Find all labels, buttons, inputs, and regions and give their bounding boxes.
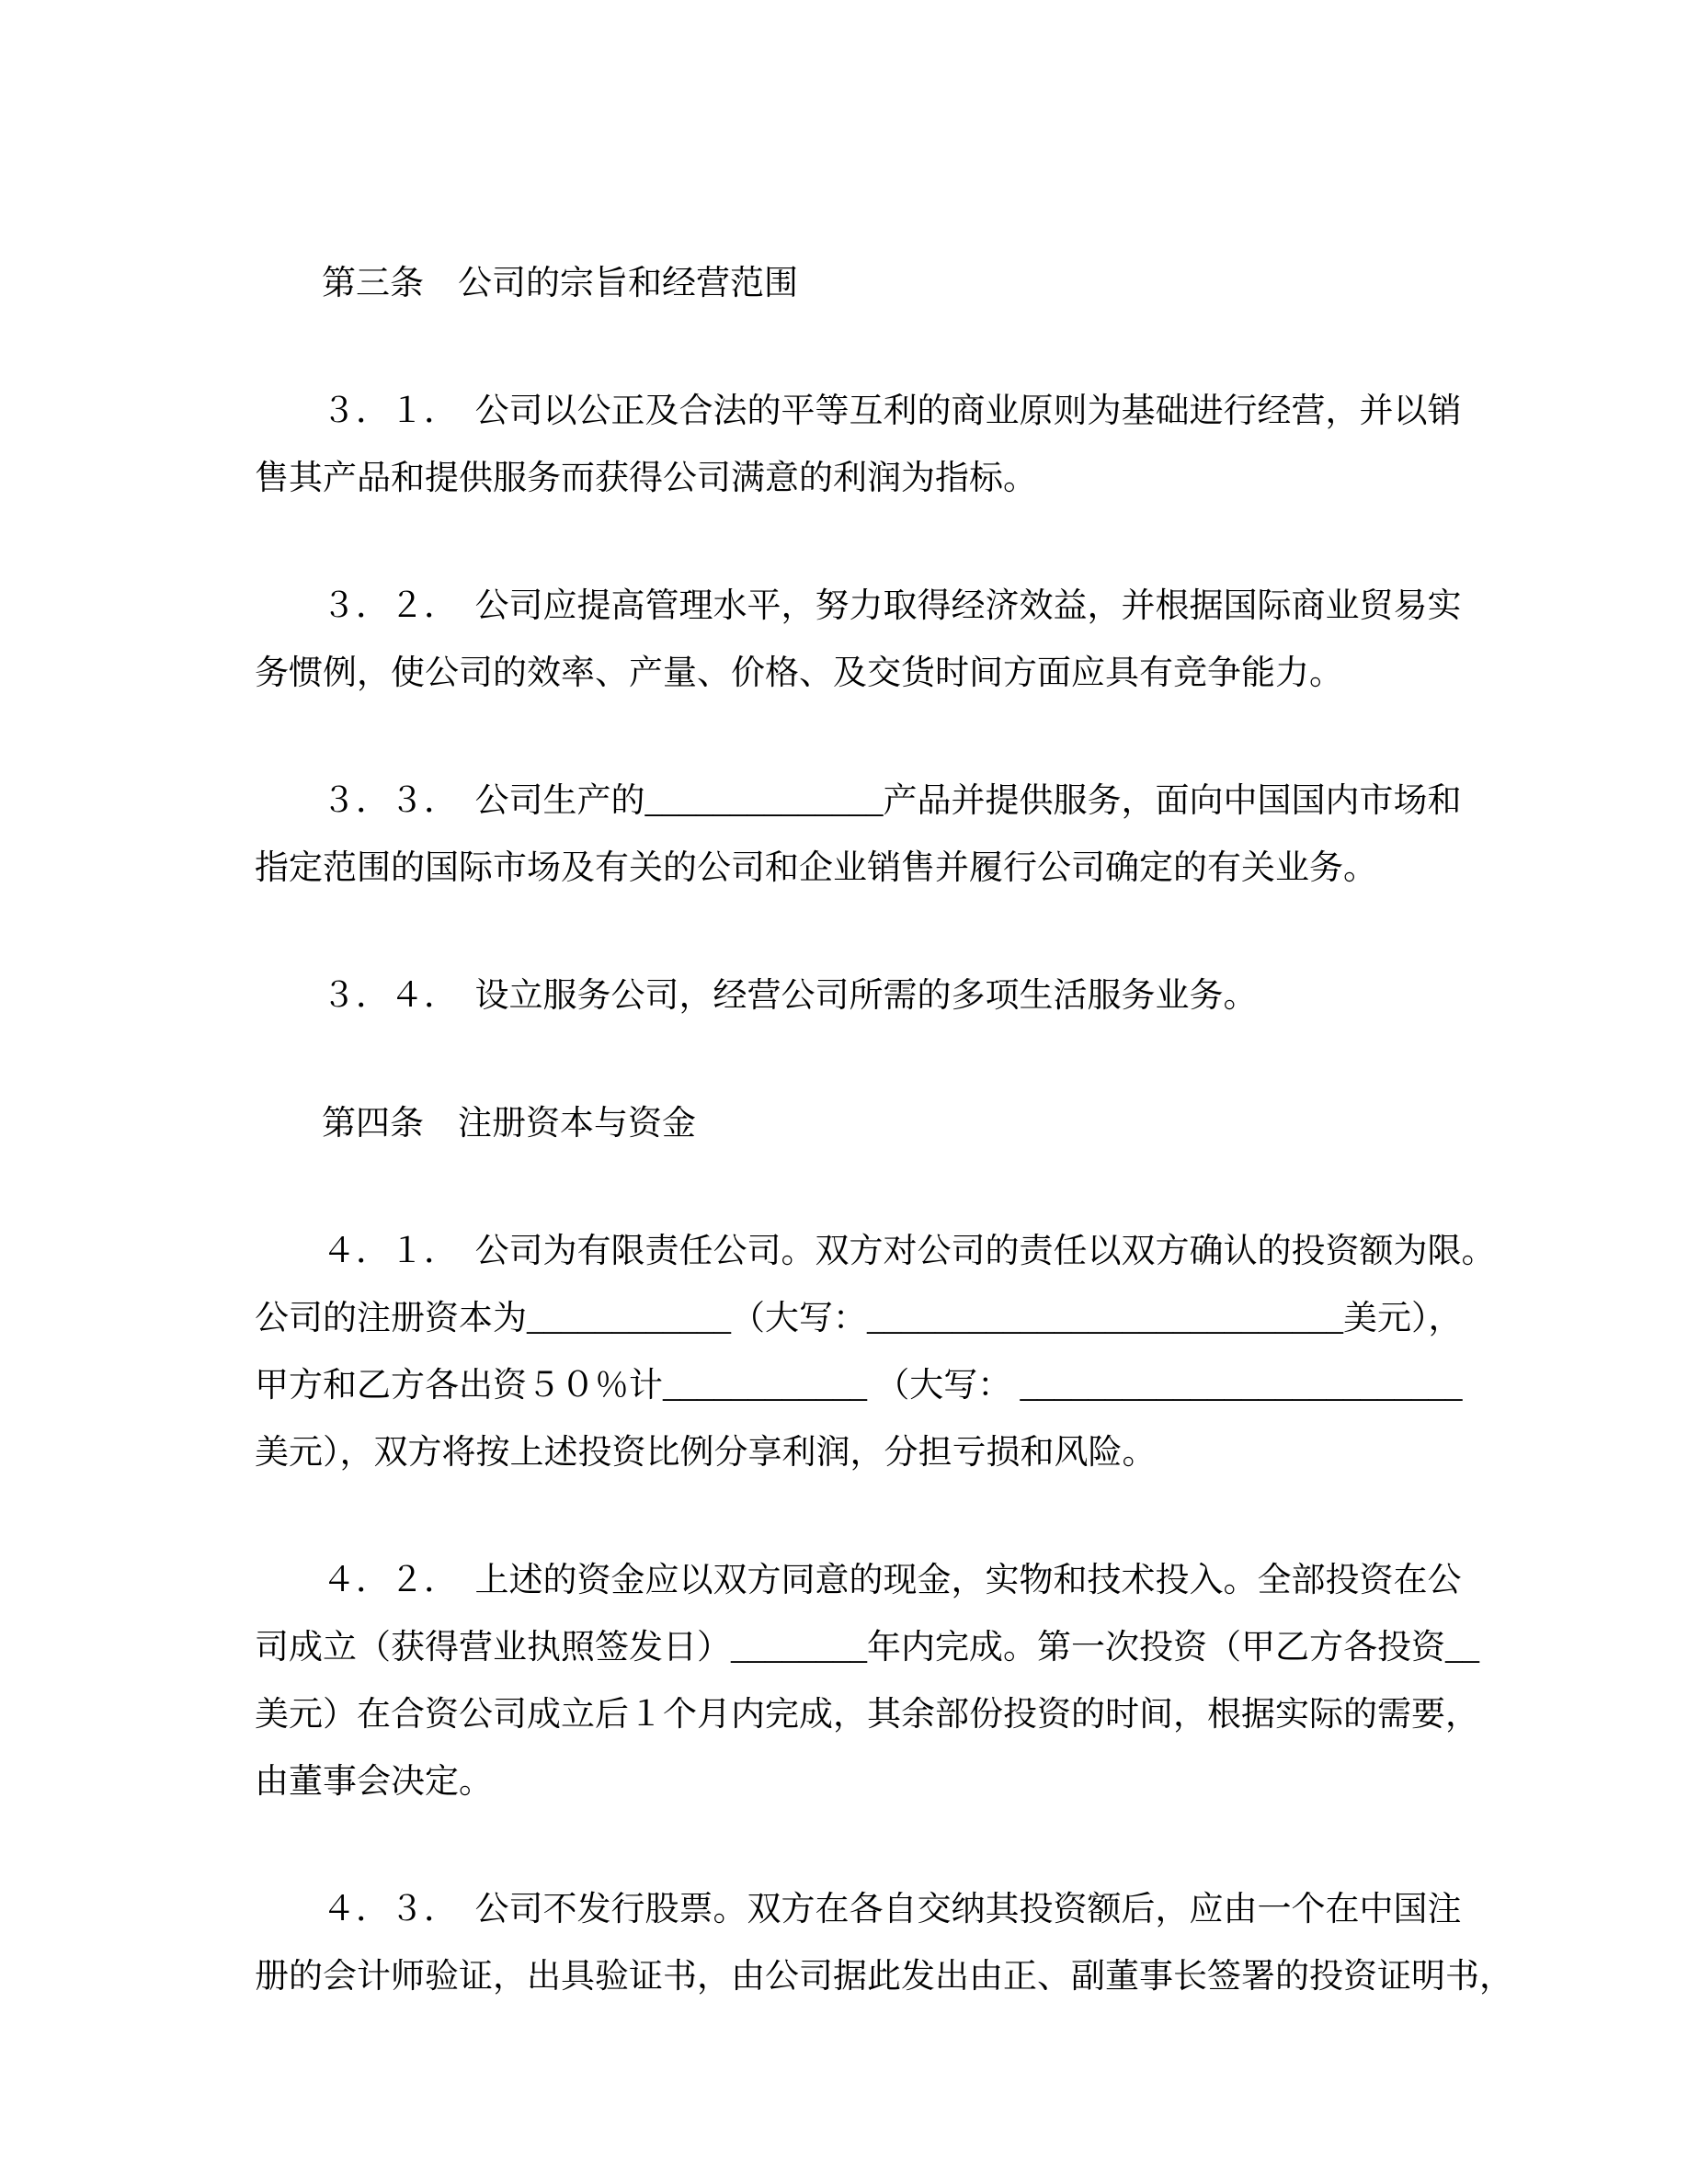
contract-body: 第三条 公司的宗旨和经营范围 ３．１． 公司以公正及合法的平等互利的商业原则为基…: [255, 250, 1487, 2010]
paragraph-line: 册的会计师验证，出具验证书，由公司据此发出由正、副董事长签署的投资证明书，: [255, 1943, 1487, 2010]
paragraph-line-with-blank: 甲方和乙方各出资５０％计____________ （大写： __________…: [255, 1352, 1487, 1419]
paragraph-line: 售其产品和提供服务而获得公司满意的利润为指标。: [255, 445, 1487, 512]
paragraph-3-3: ３．３． 公司生产的______________产品并提供服务，面向中国国内市场…: [255, 768, 1487, 902]
paragraph-line: 美元），双方将按上述投资比例分享利润，分担亏损和风险。: [255, 1419, 1487, 1486]
paragraph-4-2: ４．２． 上述的资金应以双方同意的现金，实物和技术投入。全部投资在公 司成立（获…: [255, 1547, 1487, 1815]
paragraph-line: ３．１． 公司以公正及合法的平等互利的商业原则为基础进行经营，并以销: [255, 378, 1487, 445]
paragraph-line: 务惯例，使公司的效率、产量、价格、及交货时间方面应具有竞争能力。: [255, 640, 1487, 707]
paragraph-line: 指定范围的国际市场及有关的公司和企业销售并履行公司确定的有关业务。: [255, 835, 1487, 902]
document-page: 第三条 公司的宗旨和经营范围 ３．１． 公司以公正及合法的平等互利的商业原则为基…: [0, 0, 1688, 2184]
paragraph-4-1: ４．１． 公司为有限责任公司。双方对公司的责任以双方确认的投资额为限。 公司的注…: [255, 1218, 1487, 1486]
paragraph-line-with-blank: 司成立（获得营业执照签发日）________年内完成。第一次投资（甲乙方各投资_…: [255, 1614, 1487, 1681]
paragraph-line: ４．３． 公司不发行股票。双方在各自交纳其投资额后，应由一个在中国注: [255, 1876, 1487, 1943]
paragraph-3-1: ３．１． 公司以公正及合法的平等互利的商业原则为基础进行经营，并以销 售其产品和…: [255, 378, 1487, 512]
paragraph-line: 美元）在合资公司成立后１个月内完成，其余部份投资的时间，根据实际的需要，: [255, 1681, 1487, 1748]
paragraph-line: ４．１． 公司为有限责任公司。双方对公司的责任以双方确认的投资额为限。: [255, 1218, 1487, 1285]
paragraph-line-with-blank: 公司的注册资本为____________（大写：________________…: [255, 1285, 1487, 1352]
article-4-heading-block: 第四条 注册资本与资金: [255, 1090, 1487, 1157]
paragraph-line: 由董事会决定。: [255, 1748, 1487, 1815]
article-4-heading: 第四条 注册资本与资金: [255, 1090, 1487, 1157]
paragraph-3-4: ３．４． 设立服务公司，经营公司所需的多项生活服务业务。: [255, 962, 1487, 1029]
paragraph-line: ３．２． 公司应提高管理水平，努力取得经济效益，并根据国际商业贸易实: [255, 573, 1487, 640]
article-3-heading-block: 第三条 公司的宗旨和经营范围: [255, 250, 1487, 317]
article-3-heading: 第三条 公司的宗旨和经营范围: [255, 250, 1487, 317]
paragraph-line: ３．４． 设立服务公司，经营公司所需的多项生活服务业务。: [255, 962, 1487, 1029]
paragraph-3-2: ３．２． 公司应提高管理水平，努力取得经济效益，并根据国际商业贸易实 务惯例，使…: [255, 573, 1487, 707]
paragraph-line: ４．２． 上述的资金应以双方同意的现金，实物和技术投入。全部投资在公: [255, 1547, 1487, 1614]
paragraph-line-with-blank: ３．３． 公司生产的______________产品并提供服务，面向中国国内市场…: [255, 768, 1487, 835]
paragraph-4-3: ４．３． 公司不发行股票。双方在各自交纳其投资额后，应由一个在中国注 册的会计师…: [255, 1876, 1487, 2010]
